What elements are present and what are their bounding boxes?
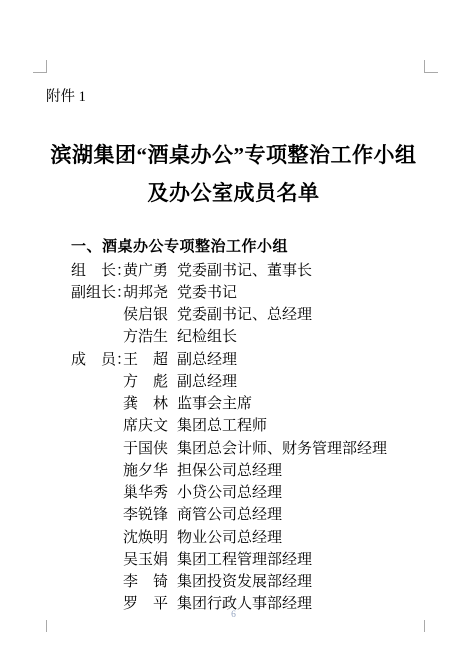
member-title: 监事会主席 <box>177 392 252 413</box>
member-title: 副总经理 <box>177 348 237 369</box>
member-title: 党委书记 <box>177 281 237 302</box>
crop-mark-bottom-left-vertical <box>46 620 47 632</box>
crop-mark-top-left-horizontal <box>33 72 47 73</box>
member-name: 龚 林 <box>123 392 168 413</box>
roster-row: 方 彪副总经理 <box>71 369 431 391</box>
member-title: 集团总会计师、财务管理部经理 <box>177 437 387 458</box>
roster-row: 施夕华担保公司总经理 <box>71 458 431 480</box>
member-name: 吴玉娟 <box>123 548 168 569</box>
member-title: 集团总工程师 <box>177 414 267 435</box>
attachment-label: 附件 1 <box>46 88 86 106</box>
member-name: 巢华秀 <box>123 481 168 502</box>
roster-row: 组 长：黄广勇党委副书记、董事长 <box>71 258 431 280</box>
roster-row: 侯启银党委副书记、总经理 <box>71 303 431 325</box>
member-title: 党委副书记、董事长 <box>177 259 312 280</box>
section-heading: 一、酒桌办公专项整治工作小组 <box>71 236 288 258</box>
roster-row: 席庆文集团总工程师 <box>71 414 431 436</box>
member-name: 李 锜 <box>123 570 168 591</box>
roster-list: 组 长：黄广勇党委副书记、董事长 副组长：胡邦尧党委书记 侯启银党委副书记、总经… <box>71 258 431 614</box>
member-title: 集团工程管理部经理 <box>177 548 312 569</box>
member-name: 王 超 <box>123 348 168 369</box>
roster-row: 成 员：王 超副总经理 <box>71 347 431 369</box>
document-title-line-1: 滨湖集团“酒桌办公”专项整治工作小组 <box>0 136 467 174</box>
crop-mark-bottom-right-vertical <box>424 620 425 632</box>
member-title: 小贷公司总经理 <box>177 481 282 502</box>
member-name: 方 彪 <box>123 370 168 391</box>
document-title-line-2: 及办公室成员名单 <box>0 174 467 212</box>
member-title: 集团投资发展部经理 <box>177 570 312 591</box>
member-name: 于国侠 <box>123 437 168 458</box>
member-role-colon: ： <box>116 259 123 280</box>
member-name: 李锐锋 <box>123 503 168 524</box>
member-name: 黄广勇 <box>123 259 168 280</box>
member-title: 纪检组长 <box>177 325 237 346</box>
roster-row: 副组长：胡邦尧党委书记 <box>71 280 431 302</box>
member-role-label: 副组长 <box>71 281 116 302</box>
roster-row: 方浩生纪检组长 <box>71 325 431 347</box>
document-page: 附件 1 滨湖集团“酒桌办公”专项整治工作小组 及办公室成员名单 一、酒桌办公专… <box>0 0 467 649</box>
member-title: 担保公司总经理 <box>177 459 282 480</box>
roster-row: 李 锜集团投资发展部经理 <box>71 570 431 592</box>
page-number: 6 <box>0 610 467 620</box>
member-name: 沈焕明 <box>123 526 168 547</box>
member-role-colon: ： <box>116 348 123 369</box>
member-title: 物业公司总经理 <box>177 526 282 547</box>
member-name: 侯启银 <box>123 303 168 324</box>
member-title: 副总经理 <box>177 370 237 391</box>
member-role-label: 成 员 <box>71 348 116 369</box>
member-name: 施夕华 <box>123 459 168 480</box>
member-title: 商管公司总经理 <box>177 503 282 524</box>
member-role-label: 组 长 <box>71 259 116 280</box>
roster-row: 吴玉娟集团工程管理部经理 <box>71 547 431 569</box>
roster-row: 沈焕明物业公司总经理 <box>71 525 431 547</box>
roster-row: 李锐锋商管公司总经理 <box>71 503 431 525</box>
roster-row: 龚 林监事会主席 <box>71 392 431 414</box>
crop-mark-top-right-horizontal <box>424 72 438 73</box>
member-name: 胡邦尧 <box>123 281 168 302</box>
member-name: 席庆文 <box>123 414 168 435</box>
member-name: 方浩生 <box>123 325 168 346</box>
roster-row: 于国侠集团总会计师、财务管理部经理 <box>71 436 431 458</box>
document-title: 滨湖集团“酒桌办公”专项整治工作小组 及办公室成员名单 <box>0 136 467 212</box>
roster-row: 巢华秀小贷公司总经理 <box>71 481 431 503</box>
member-title: 党委副书记、总经理 <box>177 303 312 324</box>
member-role-colon: ： <box>116 281 123 302</box>
